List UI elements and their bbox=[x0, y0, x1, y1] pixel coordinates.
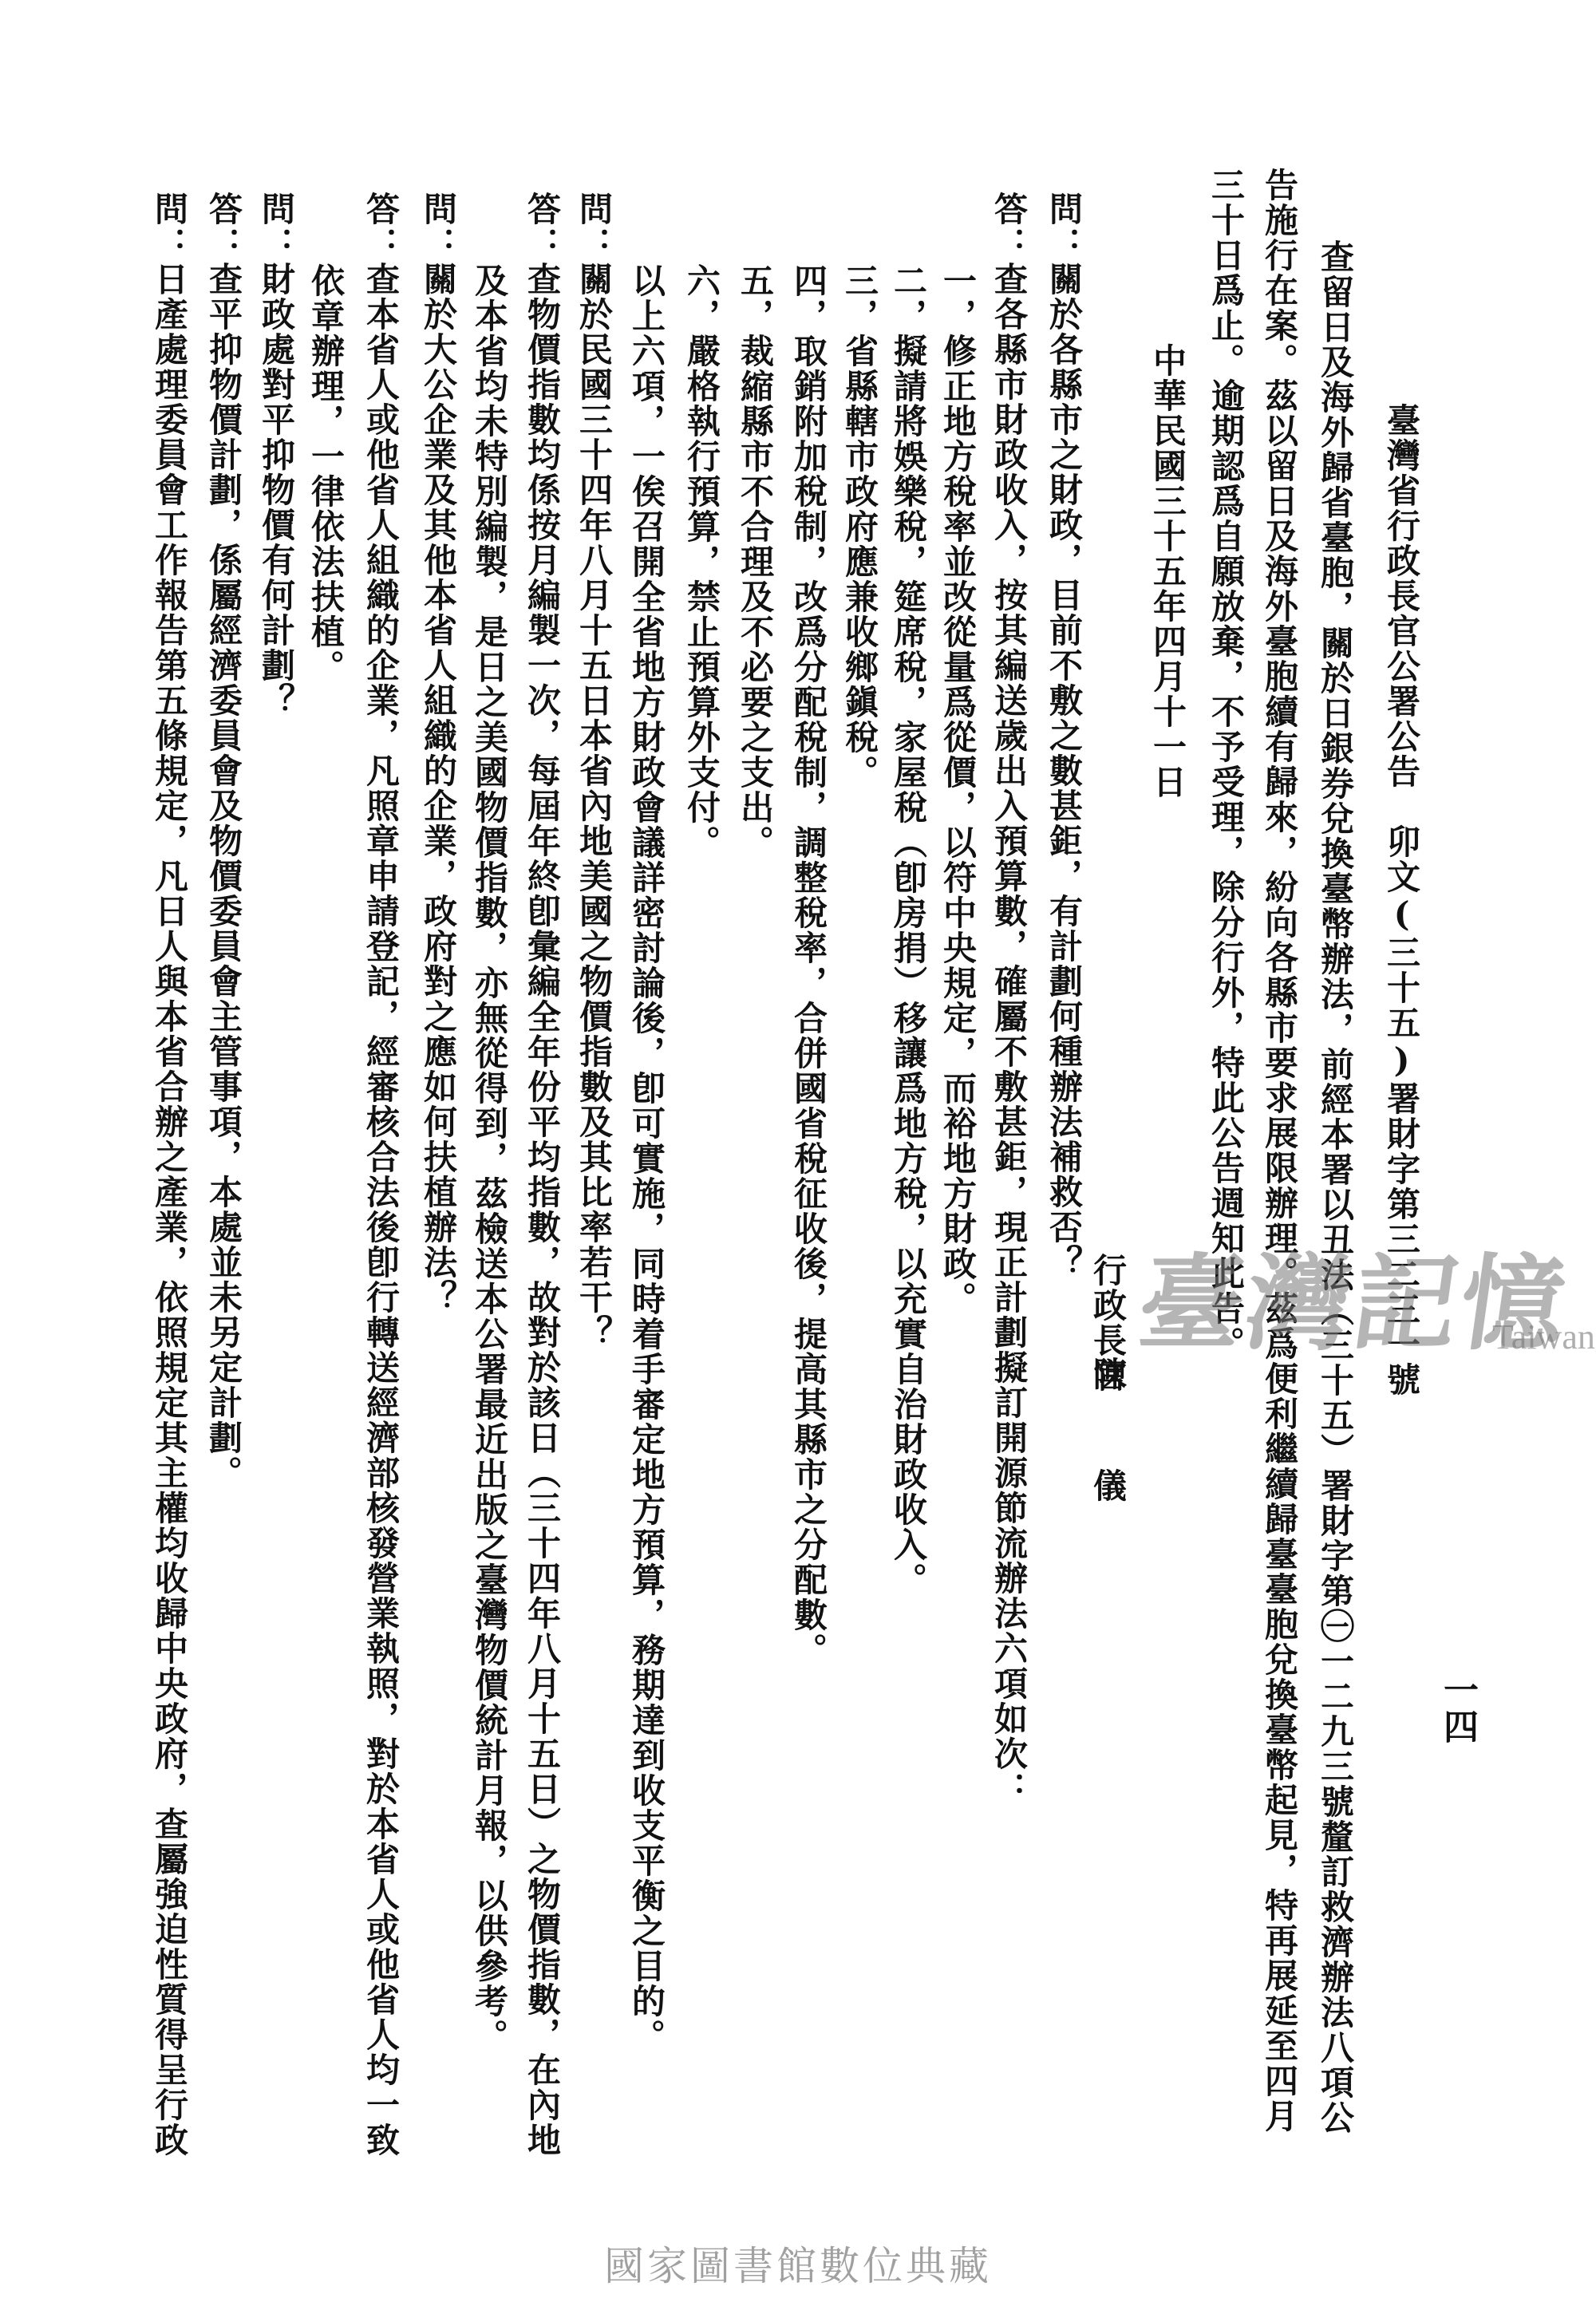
qa-answer-1: 答：查各縣市財政收入，按其編送歲出入預算數，確屬不敷甚鉅，現正計劃擬訂開源節流辦… bbox=[985, 192, 1033, 1807]
announcement-heading: 臺灣省行政長官公署公告 卯文(三十五)署財字第三二三一號 bbox=[1377, 403, 1425, 1397]
qa-question-5: 問：日產處理委員會工作報告第五條規定，凡日人與本省合辦之產業，依照規定其主權均收… bbox=[145, 192, 193, 2158]
qa-answer-1-item-5: 五，裁縮縣市不合理及不必要之支出。 bbox=[731, 263, 779, 860]
qa-answer-2: 答：查物價指數均係按月編製一次，每屆年終卽彙編全年份平均指數，故對於該日（三十四… bbox=[518, 192, 566, 2158]
announcement-date: 中華民國三十五年四月十一日 bbox=[1144, 343, 1191, 800]
watermark-english: Taiwan Memory bbox=[1492, 1317, 1596, 1357]
qa-answer-1-item-2: 二，擬請將娛樂稅，筵席稅，家屋稅（卽房捐）移讓爲地方稅，以充實自治財政收入。 bbox=[884, 263, 932, 1597]
page-number: 一四 bbox=[1433, 1672, 1481, 1745]
qa-answer-1-item-3: 三，省縣轄市政府應兼收鄉鎭稅。 bbox=[836, 263, 883, 790]
qa-answer-1-item-1: 一，修正地方稅率並改從量爲從價，以符中央規定，而裕地方財政。 bbox=[934, 263, 982, 1317]
announcement-body-line-1: 查留日及海外歸省臺胞，關於日銀券兌換臺幣辦法，前經本署以丑法（三十五）署財字第㊀… bbox=[1311, 239, 1359, 2135]
qa-question-2: 問：關於民國三十四年八月十五日本省內地美國之物價指數及其比率若干？ bbox=[570, 192, 618, 1350]
qa-answer-3: 答：查本省人或他省人組織的企業，凡照章申請登記，經審核合法後卽行轉送經濟部核發營… bbox=[357, 192, 405, 2158]
footer-watermark: 國家圖書館數位典藏 bbox=[0, 2234, 1596, 2292]
qa-answer-4: 答：查平抑物價計劃，係屬經濟委員會及物價委員會主管事項，本處並未另定計劃。 bbox=[199, 192, 247, 1491]
qa-answer-2-continued: 及本省均未特別編製，是日之美國物價指數，亦無從得到，茲檢送本公署最近出版之臺灣物… bbox=[465, 263, 513, 2054]
qa-answer-1-item-6: 六，嚴格執行預算，禁止預算外支付。 bbox=[678, 263, 725, 860]
qa-answer-1-summary: 以上六項，一俟召開全省地方財政會議詳密討論後，卽可實施，同時着手審定地方預算，務… bbox=[622, 263, 670, 2054]
qa-answer-1-item-4: 四，取銷附加稅制，改爲分配稅制，調整稅率，合併國省稅征收後，提高其縣市之分配數。 bbox=[784, 263, 832, 1668]
document-page: 一四 臺灣省行政長官公署公告 卯文(三十五)署財字第三二三一號 查留日及海外歸省… bbox=[0, 0, 1596, 2314]
signature-given-name: 儀 bbox=[1084, 1468, 1132, 1503]
announcement-body-line-2: 告施行在案。茲以留日及海外臺胞續有歸來，紛向各縣市要求展限辦理。茲爲便利繼續歸臺… bbox=[1255, 168, 1303, 2134]
signature-surname: 陳 bbox=[1084, 1356, 1132, 1392]
qa-question-3: 問：關於大公企業及其他本省人組織的企業，政府對之應如何扶植辦法？ bbox=[414, 192, 462, 1315]
qa-question-4: 問：財政處對平抑物價有何計劃？ bbox=[252, 192, 300, 718]
announcement-body-line-3: 三十日爲止。逾期認爲自願放棄，不予受理，除分行外，特此公告週知此告。 bbox=[1202, 168, 1250, 1361]
qa-question-1: 問：關於各縣市之財政，目前不敷之數甚鉅，有計劃何種辦法補救否？ bbox=[1040, 192, 1088, 1280]
qa-answer-3-continued: 依章辦理，一律依法扶植。 bbox=[302, 263, 350, 685]
